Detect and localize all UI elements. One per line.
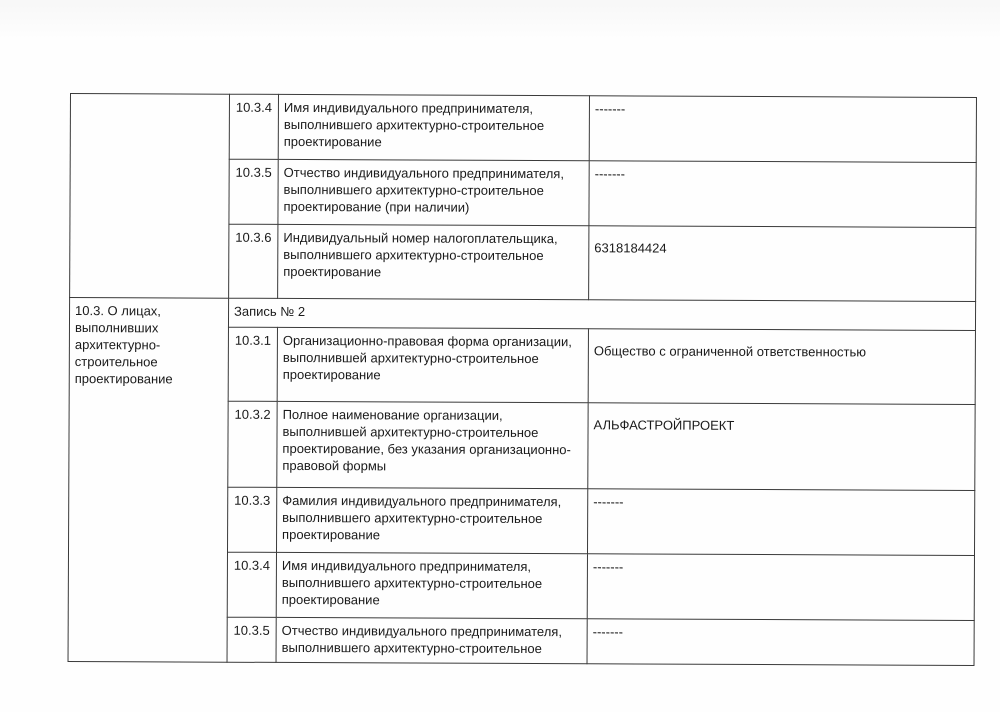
row-value: 6318184424 xyxy=(589,226,976,302)
row-label: Организационно-правовая форма организаци… xyxy=(277,327,588,402)
record-label: Запись № 2 xyxy=(228,298,975,330)
row-number: 10.3.2 xyxy=(228,401,277,487)
row-value: ------- xyxy=(589,96,976,163)
row-value: ------- xyxy=(589,161,976,228)
row-number: 10.3.5 xyxy=(227,617,276,662)
row-value: Общество с ограниченной ответственностью xyxy=(588,329,975,405)
row-number: 10.3.1 xyxy=(228,327,277,401)
row-number: 10.3.5 xyxy=(229,159,278,224)
row-number: 10.3.4 xyxy=(227,552,276,617)
row-label: Имя индивидуального предпринимателя, вып… xyxy=(278,94,589,160)
row-number: 10.3.6 xyxy=(229,224,278,298)
row-label: Полное наименование организации, выполни… xyxy=(277,401,588,488)
row-label: Индивидуальный номер налогоплательщика, … xyxy=(278,224,589,299)
section-cell-empty xyxy=(70,94,230,299)
scanned-page: 10.3.4 Имя индивидуального предпринимате… xyxy=(0,0,1000,712)
row-label: Фамилия индивидуального предпринимателя,… xyxy=(276,487,587,553)
row-number: 10.3.3 xyxy=(227,487,276,552)
row-value: ------- xyxy=(587,619,974,666)
row-value: ------- xyxy=(587,489,974,556)
row-value: ------- xyxy=(587,554,974,621)
section-title: 10.3. О лицах, выполнивших архитектурно-… xyxy=(68,298,229,663)
row-number: 10.3.4 xyxy=(229,94,278,159)
row-label: Имя индивидуального предпринимателя, вып… xyxy=(276,552,587,618)
record-header-row: 10.3. О лицах, выполнивших архитектурно-… xyxy=(69,298,975,331)
row-label: Отчество индивидуального предпринимателя… xyxy=(278,159,589,225)
row-value: АЛЬФАСТРОЙПРОЕКТ xyxy=(588,403,975,491)
project-info-table: 10.3.4 Имя индивидуального предпринимате… xyxy=(68,93,977,666)
row-label: Отчество индивидуального предпринимателя… xyxy=(276,617,587,663)
table-row: 10.3.4 Имя индивидуального предпринимате… xyxy=(70,94,976,163)
